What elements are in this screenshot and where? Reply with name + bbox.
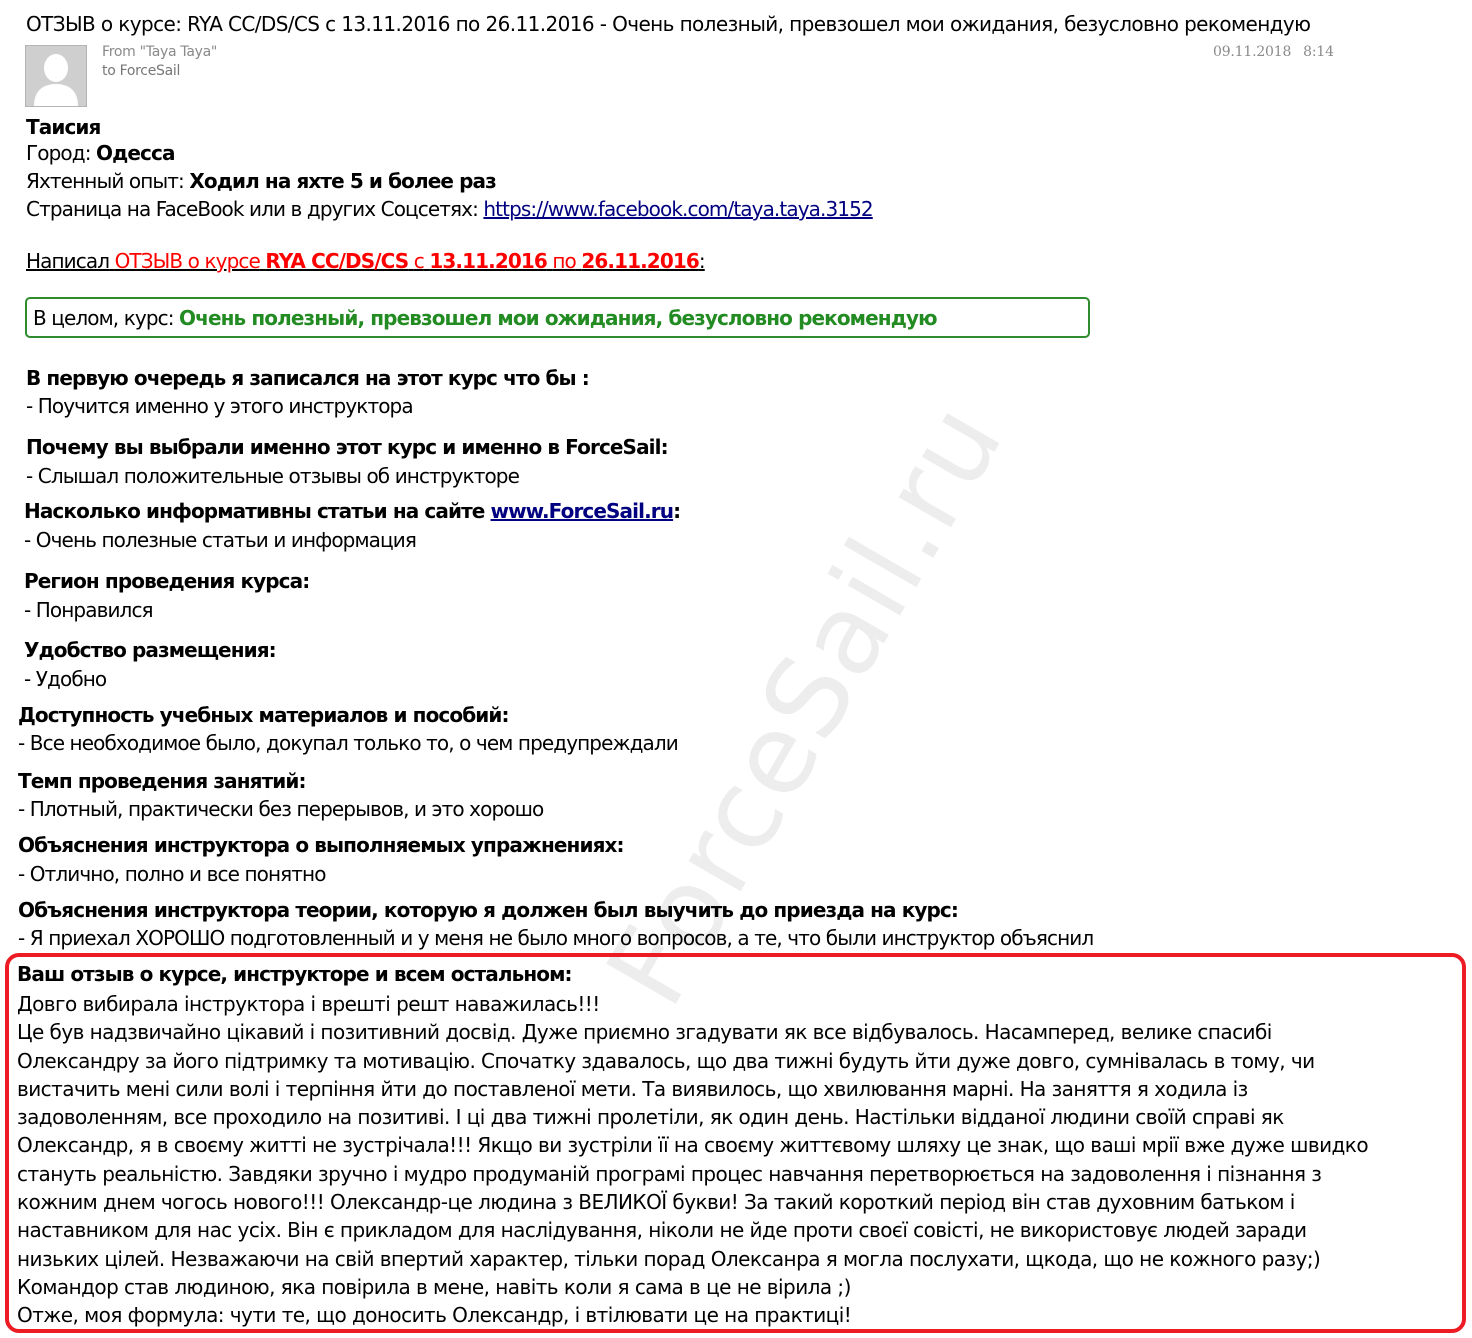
feedback-line: Довго вибирала інструктора і врешті решт…: [17, 990, 1457, 1018]
colon: :: [699, 249, 705, 273]
default-user-avatar-icon: [25, 45, 87, 107]
question-4: Регион проведения курса:: [24, 569, 309, 593]
social-label: Страница на FaceBook или в других Соцсет…: [26, 197, 478, 221]
start-date: 13.11.2016: [429, 249, 547, 273]
question-8: Объяснения инструктора о выполняемых упр…: [18, 833, 624, 857]
question-3-prefix: Насколько информативны статьи на сайте: [24, 499, 484, 523]
to-label: to: [102, 63, 115, 79]
answer-1: - Поучится именно у этого инструктора: [26, 394, 413, 418]
feedback-body: Довго вибирала інструктора і врешті решт…: [17, 990, 1457, 1330]
question-3-suffix: :: [673, 499, 680, 523]
wrote-label: Написал: [26, 249, 109, 273]
from-word: с: [414, 249, 424, 273]
answer-9: - Я приехал ХОРОШО подготовленный и у ме…: [18, 926, 1093, 950]
feedback-line: наставником для нас усіх. Він є прикладо…: [17, 1216, 1457, 1244]
summary-label: В целом, курс:: [33, 306, 174, 330]
end-date: 26.11.2016: [581, 249, 699, 273]
feedback-line: Отже, моя формула: чути те, що доносить …: [17, 1301, 1457, 1329]
question-7: Темп проведения занятий:: [18, 769, 306, 793]
question-2: Почему вы выбрали именно этот курс и име…: [26, 435, 668, 459]
feedback-line: кожним днем чогось нового!!! Олександр-ц…: [17, 1188, 1457, 1216]
experience-row: Яхтенный опыт: Ходил на яхте 5 и более р…: [26, 169, 496, 193]
from-label: From: [102, 44, 136, 60]
answer-2: - Слышал положительные отзывы об инструк…: [26, 464, 519, 488]
social-row: Страница на FaceBook или в других Соцсет…: [26, 197, 873, 221]
experience-value: Ходил на яхте 5 и более раз: [189, 169, 496, 193]
question-9: Объяснения инструктора теории, которую я…: [18, 898, 958, 922]
email-time: 8:14: [1303, 44, 1334, 60]
review-word: ОТЗЫВ о курсе: [115, 249, 260, 273]
summary-box: В целом, курс: Очень полезный, превзошел…: [25, 297, 1090, 338]
feedback-line: вистачить мені сили волі і терпіння йти …: [17, 1075, 1457, 1103]
answer-5: - Удобно: [24, 667, 106, 691]
sender-line: From "Taya Taya": [102, 44, 217, 60]
feedback-line: задоволенням, все проходило на позитиві.…: [17, 1103, 1457, 1131]
feedback-line: Олександр, я в своєму житті не зустрічал…: [17, 1131, 1457, 1159]
answer-6: - Все необходимое было, докупал только т…: [18, 731, 678, 755]
experience-label: Яхтенный опыт:: [26, 169, 184, 193]
feedback-line: Олександру за його підтримку та мотиваці…: [17, 1047, 1457, 1075]
forcesail-link[interactable]: www.ForceSail.ru: [491, 499, 674, 523]
course-name: RYA CC/DS/CS: [265, 249, 408, 273]
question-1: В первую очередь я записался на этот кур…: [26, 366, 589, 390]
summary-value: Очень полезный, превзошел мои ожидания, …: [179, 306, 937, 330]
facebook-link[interactable]: https://www.facebook.com/taya.taya.3152: [483, 197, 872, 221]
feedback-line: низьких цілей. Незважаючи на свій вперти…: [17, 1245, 1457, 1273]
feedback-line: Це був надзвичайно цікавий і позитивний …: [17, 1018, 1457, 1046]
question-6: Доступность учебных материалов и пособий…: [18, 703, 509, 727]
question-5: Удобство размещения:: [24, 638, 276, 662]
city-label: Город:: [26, 141, 91, 165]
email-timestamp: 09.11.20188:14: [1213, 44, 1334, 60]
question-3: Насколько информативны статьи на сайте w…: [24, 499, 680, 523]
email-date: 09.11.2018: [1213, 44, 1291, 60]
answer-4: - Понравился: [24, 598, 153, 622]
feedback-line: Командор став людиною, яка повірила в ме…: [17, 1273, 1457, 1301]
answer-3: - Очень полезные статьи и информация: [24, 528, 416, 552]
city-row: Город: Одесса: [26, 141, 175, 165]
feedback-line: стануть реальністю. Завдяки зручно і муд…: [17, 1160, 1457, 1188]
sender-name[interactable]: "Taya Taya": [140, 44, 217, 60]
to-word: по: [552, 249, 576, 273]
email-subject: ОТЗЫВ о курсе: RYA CC/DS/CS с 13.11.2016…: [26, 12, 1310, 36]
recipient-name[interactable]: ForceSail: [120, 63, 180, 79]
city-value: Одесса: [96, 141, 175, 165]
reviewer-name: Таисия: [26, 115, 100, 139]
feedback-heading: Ваш отзыв о курсе, инструкторе и всем ос…: [17, 962, 572, 986]
answer-7: - Плотный, практически без перерывов, и …: [18, 797, 543, 821]
review-header: Написал ОТЗЫВ о курсе RYA CC/DS/CS с 13.…: [26, 249, 705, 273]
recipient-line: to ForceSail: [102, 63, 180, 79]
answer-8: - Отлично, полно и все понятно: [18, 862, 326, 886]
